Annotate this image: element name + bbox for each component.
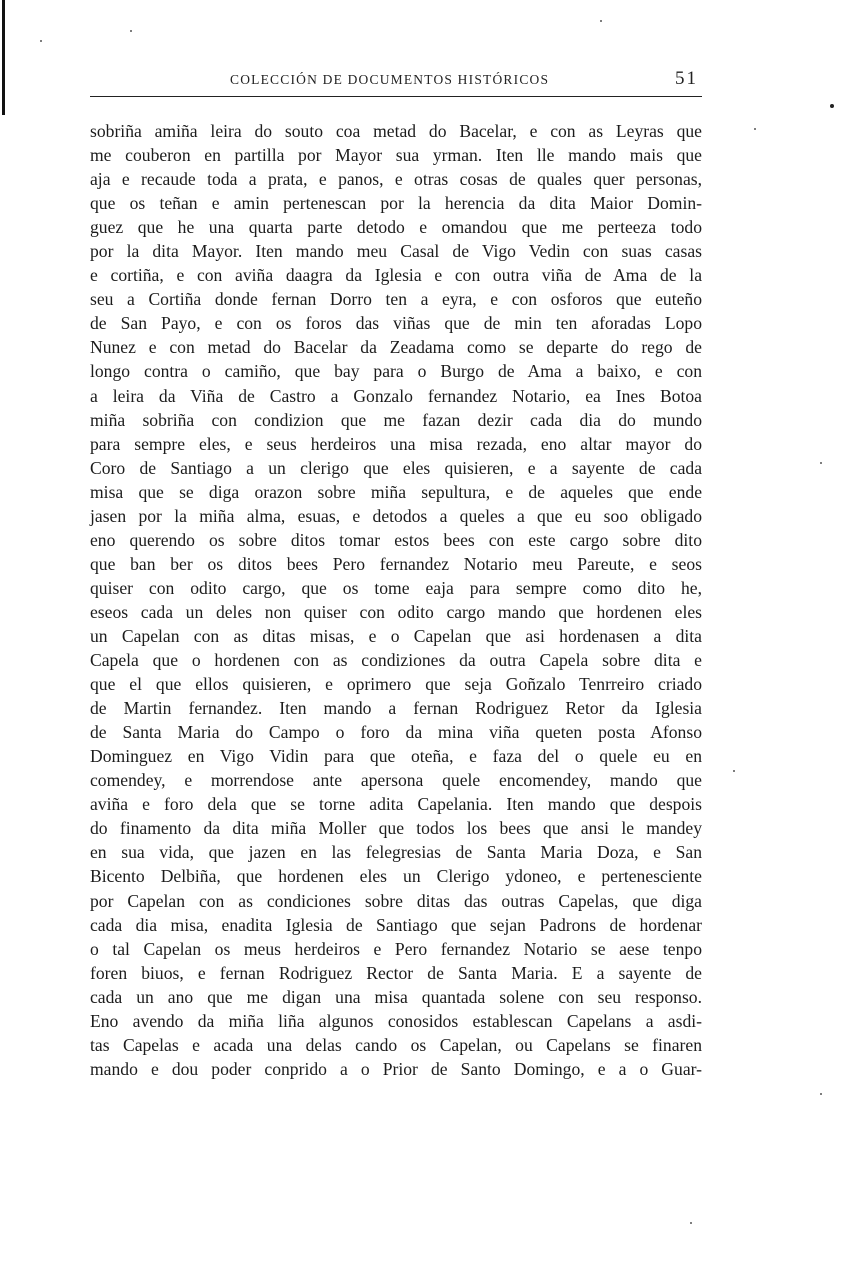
scan-speck	[600, 20, 602, 22]
text-line: mando e dou poder conprido a o Prior de …	[90, 1057, 702, 1081]
page-number: 51	[675, 68, 698, 90]
text-line: cada un ano que me digan una misa quanta…	[90, 985, 702, 1009]
text-line: guez que he una quarta parte detodo e om…	[90, 215, 702, 239]
text-line: o tal Capelan os meus herdeiros e Pero f…	[90, 937, 702, 961]
text-line: aviña e foro dela que se torne adita Cap…	[90, 792, 702, 816]
text-line: me couberon en partilla por Mayor sua yr…	[90, 143, 702, 167]
scan-speck	[820, 462, 822, 464]
text-line: eseos cada un deles non quiser con odito…	[90, 600, 702, 624]
text-line: de San Payo, e con os foros das viñas qu…	[90, 311, 702, 335]
text-line: por Capelan con as condiciones sobre dit…	[90, 889, 702, 913]
header-rule	[90, 96, 702, 97]
body-text: sobriña amiña leira do souto coa metad d…	[90, 119, 702, 1081]
scan-speck	[130, 30, 132, 32]
text-line: aja e recaude toda a prata, e panos, e o…	[90, 167, 702, 191]
scan-speck	[40, 40, 42, 42]
running-header: Colección de documentos históricos 51	[90, 70, 702, 96]
text-line: quiser con odito cargo, que os tome eaja…	[90, 576, 702, 600]
text-line: Nunez e con metad do Bacelar da Zeadama …	[90, 335, 702, 359]
scan-speck	[733, 770, 735, 772]
text-line: en sua vida, que jazen en las felegresia…	[90, 840, 702, 864]
text-line: jasen por la miña alma, esuas, e detodos…	[90, 504, 702, 528]
text-line: Dominguez en Vigo Vidin para que oteña, …	[90, 744, 702, 768]
text-line: Bicento Delbiña, que hordenen eles un Cl…	[90, 864, 702, 888]
scan-speck	[754, 128, 756, 130]
text-line: misa que se diga orazon sobre miña sepul…	[90, 480, 702, 504]
scan-speck	[690, 1222, 692, 1224]
text-line: Eno avendo da miña liña algunos conosido…	[90, 1009, 702, 1033]
document-page: Colección de documentos históricos 51 so…	[0, 0, 850, 1268]
text-line: un Capelan con as ditas misas, e o Capel…	[90, 624, 702, 648]
text-line: por la dita Mayor. Iten mando meu Casal …	[90, 239, 702, 263]
scan-edge-shadow	[2, 0, 5, 115]
running-title: Colección de documentos históricos	[230, 72, 549, 88]
text-line: longo contra o camiño, que bay para o Bu…	[90, 359, 702, 383]
text-line: miña sobriña con condizion que me fazan …	[90, 408, 702, 432]
text-line: que el que ellos quisieren, e oprimero q…	[90, 672, 702, 696]
text-line: a leira da Viña de Castro a Gonzalo fern…	[90, 384, 702, 408]
text-line: e cortiña, e con aviña daagra da Iglesia…	[90, 263, 702, 287]
text-line: de Santa Maria do Campo o foro da mina v…	[90, 720, 702, 744]
text-line: Coro de Santiago a un clerigo que eles q…	[90, 456, 702, 480]
text-line: foren biuos, e fernan Rodriguez Rector d…	[90, 961, 702, 985]
scan-speck	[820, 1093, 822, 1095]
text-line: Capela que o hordenen con as condiziones…	[90, 648, 702, 672]
text-line: cada dia misa, enadita Iglesia de Santia…	[90, 913, 702, 937]
text-line: para sempre eles, e seus herdeiros una m…	[90, 432, 702, 456]
text-line: comendey, e morrendose ante apersona que…	[90, 768, 702, 792]
text-line: do finamento da dita miña Moller que tod…	[90, 816, 702, 840]
text-line: que ban ber os ditos bees Pero fernandez…	[90, 552, 702, 576]
text-line: de Martin fernandez. Iten mando a fernan…	[90, 696, 702, 720]
text-line: sobriña amiña leira do souto coa metad d…	[90, 119, 702, 143]
text-line: seu a Cortiña donde fernan Dorro ten a e…	[90, 287, 702, 311]
text-line: que os teñan e amin pertenescan por la h…	[90, 191, 702, 215]
scan-speck	[830, 104, 834, 108]
text-line: tas Capelas e acada una delas cando os C…	[90, 1033, 702, 1057]
text-line: eno querendo os sobre ditos tomar estos …	[90, 528, 702, 552]
